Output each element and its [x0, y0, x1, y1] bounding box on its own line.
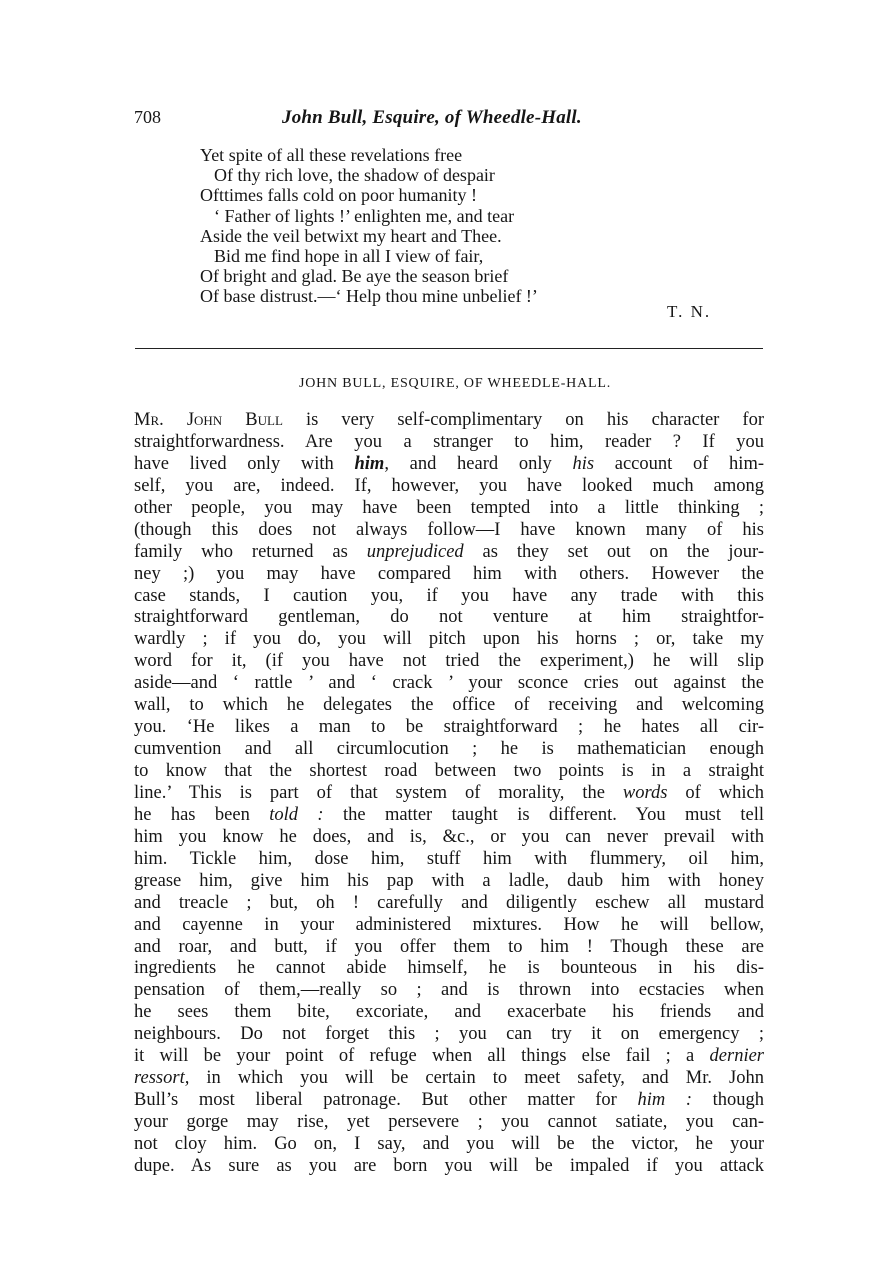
body-text-line: straightforward gentleman, do not ventur…	[134, 607, 764, 629]
text-run: ney ;) you may have compared him with ot…	[134, 564, 764, 584]
body-text-line: Bull’s most liberal patronage. But other…	[134, 1090, 764, 1112]
text-run: , and heard only	[384, 454, 572, 474]
body-text-line: you. ‘He likes a man to be straightforwa…	[134, 717, 764, 739]
text-run: and roar, and butt, if you offer them to…	[134, 937, 764, 957]
section-divider-rule	[135, 348, 763, 349]
body-text-line: it will be your point of refuge when all…	[134, 1046, 764, 1068]
running-title: John Bull, Esquire, of Wheedle-Hall.	[282, 107, 582, 129]
emphasized-text: dernier	[710, 1046, 764, 1066]
text-run: and treacle ; but, oh ! carefully and di…	[134, 893, 764, 913]
article-body: Mr. John Bull is very self-complimentary…	[134, 410, 764, 1178]
text-run: it will be your point of refuge when all…	[134, 1046, 710, 1066]
poem-line: ‘ Father of lights !’ enlighten me, and …	[200, 206, 760, 226]
body-text-line: aside—and ‘ rattle ’ and ‘ crack ’ your …	[134, 673, 764, 695]
text-run: dupe. As sure as you are born you will b…	[134, 1156, 764, 1176]
body-text-line: wardly ; if you do, you will pitch upon …	[134, 629, 764, 651]
text-run: other people, you may have been tempted …	[134, 498, 764, 518]
poem-line: Of thy rich love, the shadow of despair	[200, 165, 760, 185]
text-run: you. ‘He likes a man to be straightforwa…	[134, 717, 764, 737]
body-text-line: other people, you may have been tempted …	[134, 498, 764, 520]
text-run: him. Tickle him, dose him, stuff him wit…	[134, 849, 764, 869]
text-run: family who returned as	[134, 542, 367, 562]
body-text-line: your gorge may rise, yet persevere ; you…	[134, 1112, 764, 1134]
body-text-line: line.’ This is part of that system of mo…	[134, 783, 764, 805]
body-text-line: and treacle ; but, oh ! carefully and di…	[134, 893, 764, 915]
body-text-line: Mr. John Bull is very self-complimentary…	[134, 410, 764, 432]
text-run: and cayenne in your administered mixture…	[134, 915, 764, 935]
emphasized-text: ressort,	[134, 1068, 189, 1088]
text-run: word for it, (if you have not tried the …	[134, 651, 764, 671]
text-run: of which	[667, 783, 764, 803]
body-text-line: self, you are, indeed. If, however, you …	[134, 476, 764, 498]
text-run: not cloy him. Go on, I say, and you will…	[134, 1134, 764, 1154]
body-text-line: ressort, in which you will be certain to…	[134, 1068, 764, 1090]
body-text-line: not cloy him. Go on, I say, and you will…	[134, 1134, 764, 1156]
body-text-line: straightforwardness. Are you a stranger …	[134, 432, 764, 454]
body-text-line: (though this does not always follow—I ha…	[134, 520, 764, 542]
emphasized-text: told :	[269, 805, 323, 825]
poem-line: Ofttimes falls cold on poor humanity !	[200, 185, 760, 205]
text-run: your gorge may rise, yet persevere ; you…	[134, 1112, 764, 1132]
text-run: account of him-	[594, 454, 764, 474]
text-run: wall, to which he delegates the office o…	[134, 695, 764, 715]
poem: Yet spite of all these revelations freeO…	[200, 145, 760, 307]
text-run: the matter taught is different. You must…	[324, 805, 764, 825]
text-run: straightforward gentleman, do not ventur…	[134, 607, 764, 627]
text-run: he has been	[134, 805, 269, 825]
text-run: though	[692, 1090, 764, 1110]
body-text-line: case stands, I caution you, if you have …	[134, 586, 764, 608]
emphasized-text: words	[623, 783, 668, 803]
emphasized-text: unprejudiced	[367, 542, 464, 562]
body-text-line: wall, to which he delegates the office o…	[134, 695, 764, 717]
body-text-line: cumvention and all circumlocution ; he i…	[134, 739, 764, 761]
text-run: in which you will be certain to meet saf…	[189, 1068, 764, 1088]
book-page: 708 John Bull, Esquire, of Wheedle-Hall.…	[0, 0, 892, 1281]
text-run: ingredients he cannot abide himself, he …	[134, 958, 764, 978]
poem-line: Of bright and glad. Be aye the season br…	[200, 266, 760, 286]
text-run: (though this does not always follow—I ha…	[134, 520, 764, 540]
text-run: cumvention and all circumlocution ; he i…	[134, 739, 764, 759]
small-caps-name: Mr. John Bull	[134, 410, 283, 430]
body-text-line: family who returned as unprejudiced as t…	[134, 542, 764, 564]
body-text-line: dupe. As sure as you are born you will b…	[134, 1156, 764, 1178]
body-text-line: neighbours. Do not forget this ; you can…	[134, 1024, 764, 1046]
body-text-line: have lived only with him, and heard only…	[134, 454, 764, 476]
body-text-line: to know that the shortest road between t…	[134, 761, 764, 783]
text-run: pensation of them,—really so ; and is th…	[134, 980, 764, 1000]
emphasized-text: his	[572, 454, 594, 474]
text-run: wardly ; if you do, you will pitch upon …	[134, 629, 764, 649]
article-title: JOHN BULL, ESQUIRE, OF WHEEDLE-HALL.	[134, 376, 764, 392]
body-text-line: he sees them bite, excoriate, and exacer…	[134, 1002, 764, 1024]
text-run: grease him, give him his pap with a ladl…	[134, 871, 764, 891]
body-text-line: he has been told : the matter taught is …	[134, 805, 764, 827]
text-run: he sees them bite, excoriate, and exacer…	[134, 1002, 764, 1022]
text-run: line.’ This is part of that system of mo…	[134, 783, 623, 803]
body-text-line: ingredients he cannot abide himself, he …	[134, 958, 764, 980]
poem-line: Bid me find hope in all I view of fair,	[200, 246, 760, 266]
page-number: 708	[134, 107, 161, 128]
poem-line: Yet spite of all these revelations free	[200, 145, 760, 165]
body-text-line: him. Tickle him, dose him, stuff him wit…	[134, 849, 764, 871]
poem-line: Aside the veil betwixt my heart and Thee…	[200, 226, 760, 246]
body-text-line: word for it, (if you have not tried the …	[134, 651, 764, 673]
poem-signature: T. N.	[667, 302, 711, 322]
body-text-line: him you know he does, and is, &c., or yo…	[134, 827, 764, 849]
body-text-line: pensation of them,—really so ; and is th…	[134, 980, 764, 1002]
text-run: aside—and ‘ rattle ’ and ‘ crack ’ your …	[134, 673, 764, 693]
emphasized-text: him :	[637, 1090, 692, 1110]
text-run: case stands, I caution you, if you have …	[134, 586, 764, 606]
text-run: to know that the shortest road between t…	[134, 761, 764, 781]
text-run: is very self-complimentary on his charac…	[283, 410, 764, 430]
text-run: Bull’s most liberal patronage. But other…	[134, 1090, 637, 1110]
text-run: have lived only with	[134, 454, 355, 474]
text-run: neighbours. Do not forget this ; you can…	[134, 1024, 764, 1044]
emphasized-text: him	[355, 454, 385, 474]
text-run: as they set out on the jour-	[464, 542, 764, 562]
text-run: him you know he does, and is, &c., or yo…	[134, 827, 764, 847]
body-text-line: grease him, give him his pap with a ladl…	[134, 871, 764, 893]
body-text-line: and roar, and butt, if you offer them to…	[134, 937, 764, 959]
text-run: self, you are, indeed. If, however, you …	[134, 476, 764, 496]
body-text-line: ney ;) you may have compared him with ot…	[134, 564, 764, 586]
body-text-line: and cayenne in your administered mixture…	[134, 915, 764, 937]
text-run: straightforwardness. Are you a stranger …	[134, 432, 764, 452]
running-head: 708 John Bull, Esquire, of Wheedle-Hall.	[134, 107, 764, 131]
